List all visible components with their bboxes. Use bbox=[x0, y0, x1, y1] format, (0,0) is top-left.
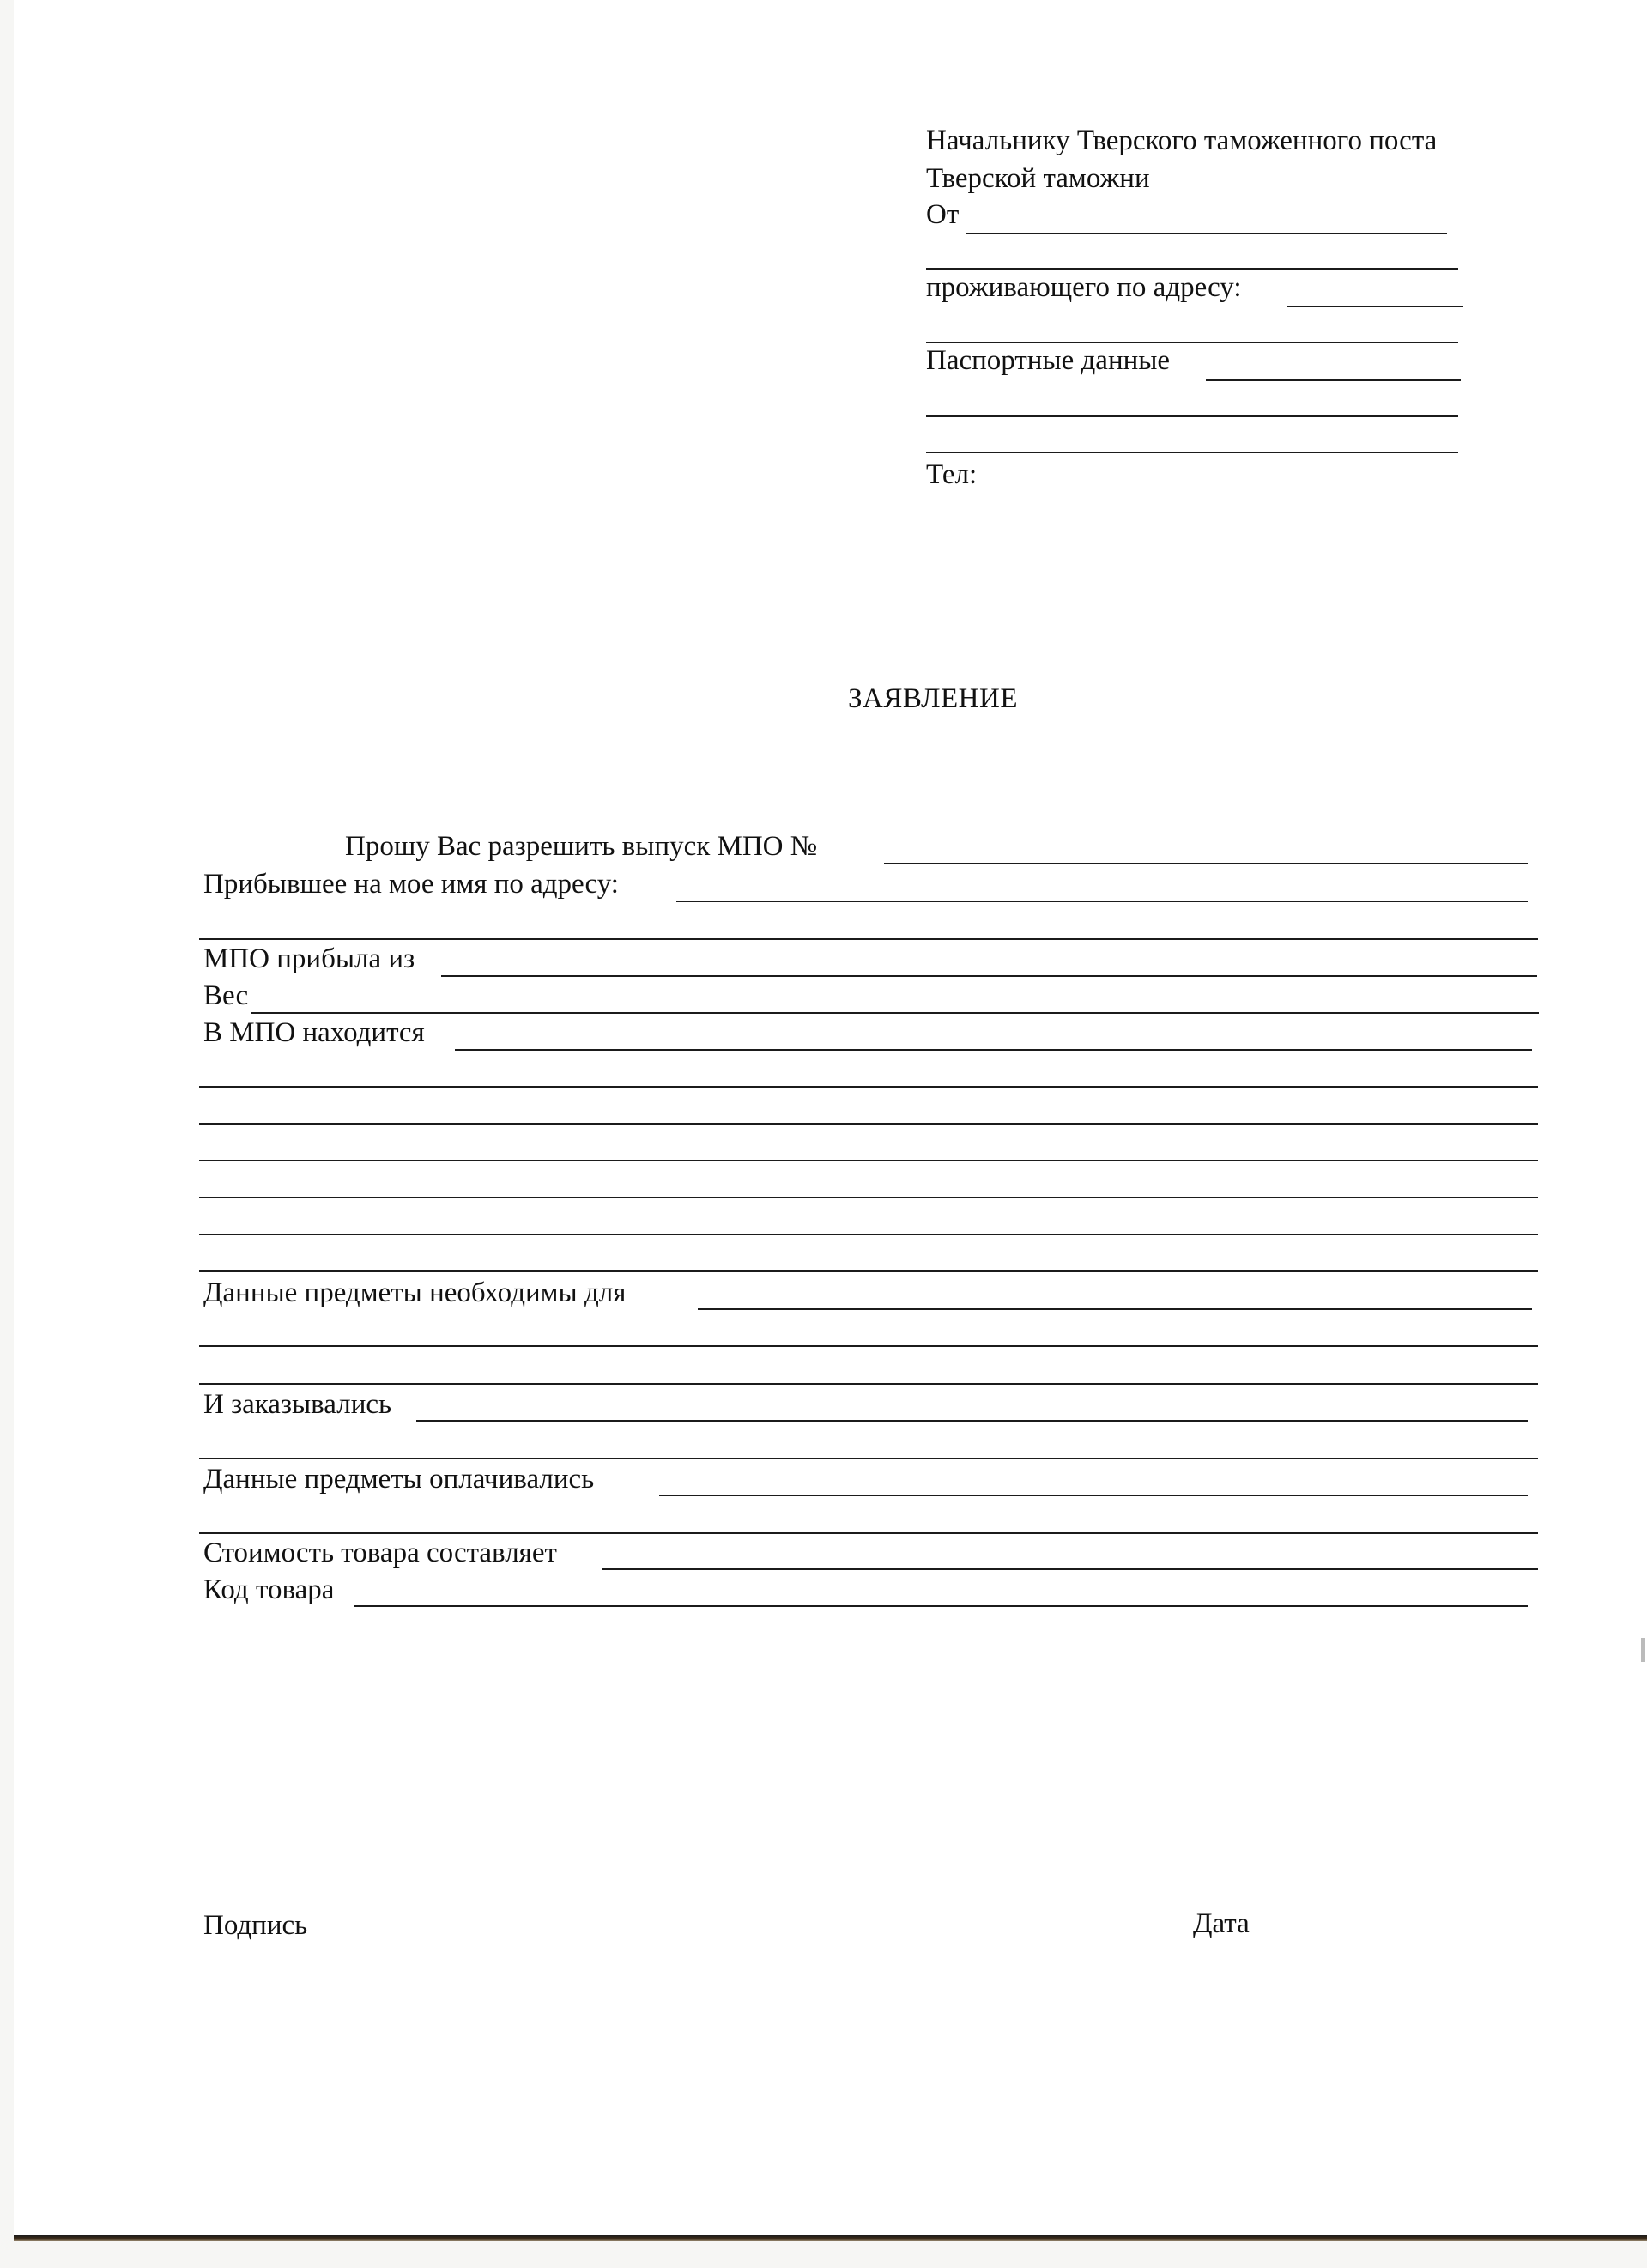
cost-label: Стоимость товара составляет bbox=[203, 1536, 557, 1570]
from-field[interactable] bbox=[966, 233, 1447, 234]
purpose-field[interactable] bbox=[698, 1308, 1532, 1310]
from-field-continued[interactable] bbox=[926, 268, 1458, 270]
contents-continued-1[interactable] bbox=[199, 1086, 1538, 1088]
address-field[interactable] bbox=[1287, 306, 1463, 307]
origin-field[interactable] bbox=[441, 975, 1537, 977]
addressee-line-2: Тверской таможни bbox=[926, 161, 1150, 196]
request-label: Прошу Вас разрешить выпуск МПО № bbox=[345, 829, 817, 864]
contents-continued-3[interactable] bbox=[199, 1160, 1538, 1161]
cost-field[interactable] bbox=[602, 1568, 1538, 1570]
purpose-continued-2[interactable] bbox=[199, 1383, 1538, 1385]
form-page bbox=[14, 0, 1647, 2237]
contents-continued-2[interactable] bbox=[199, 1123, 1538, 1125]
document-title: ЗАЯВЛЕНИЕ bbox=[848, 683, 1018, 715]
passport-field-continued-2[interactable] bbox=[926, 452, 1458, 453]
arrived-address-continued[interactable] bbox=[199, 938, 1538, 940]
ordered-label: И заказывались bbox=[203, 1387, 391, 1422]
date-label: Дата bbox=[1193, 1907, 1250, 1941]
paid-continued[interactable] bbox=[199, 1532, 1538, 1534]
contents-label: В МПО находится bbox=[203, 1016, 425, 1050]
origin-label: МПО прибыла из bbox=[203, 942, 415, 976]
scan-artifact bbox=[1641, 1638, 1645, 1662]
contents-continued-5[interactable] bbox=[199, 1234, 1538, 1235]
passport-field[interactable] bbox=[1206, 379, 1461, 381]
signature-label: Подпись bbox=[203, 1908, 307, 1943]
passport-label: Паспортные данные bbox=[926, 343, 1170, 378]
mpo-number-field[interactable] bbox=[884, 863, 1528, 864]
code-label: Код товара bbox=[203, 1573, 334, 1607]
address-label: проживающего по адресу: bbox=[926, 270, 1242, 305]
purpose-continued-1[interactable] bbox=[199, 1345, 1538, 1347]
arrived-label: Прибывшее на мое имя по адресу: bbox=[203, 867, 619, 901]
ordered-field[interactable] bbox=[416, 1420, 1528, 1422]
passport-field-continued-1[interactable] bbox=[926, 415, 1458, 417]
addressee-line-1: Начальнику Тверского таможенного поста bbox=[926, 124, 1437, 158]
paid-field[interactable] bbox=[659, 1495, 1528, 1496]
scan-page-edge bbox=[14, 2235, 1647, 2241]
weight-field[interactable] bbox=[251, 1012, 1539, 1014]
contents-field[interactable] bbox=[455, 1049, 1532, 1051]
code-field[interactable] bbox=[354, 1605, 1528, 1607]
from-label: От bbox=[926, 197, 959, 232]
purpose-label: Данные предметы необходимы для bbox=[203, 1276, 626, 1310]
ordered-continued[interactable] bbox=[199, 1458, 1538, 1459]
paid-label: Данные предметы оплачивались bbox=[203, 1462, 594, 1496]
arrived-address-field[interactable] bbox=[676, 901, 1528, 902]
contents-continued-4[interactable] bbox=[199, 1197, 1538, 1198]
phone-label: Тел: bbox=[926, 458, 977, 492]
contents-continued-6[interactable] bbox=[199, 1270, 1538, 1272]
weight-label: Вес bbox=[203, 979, 248, 1013]
